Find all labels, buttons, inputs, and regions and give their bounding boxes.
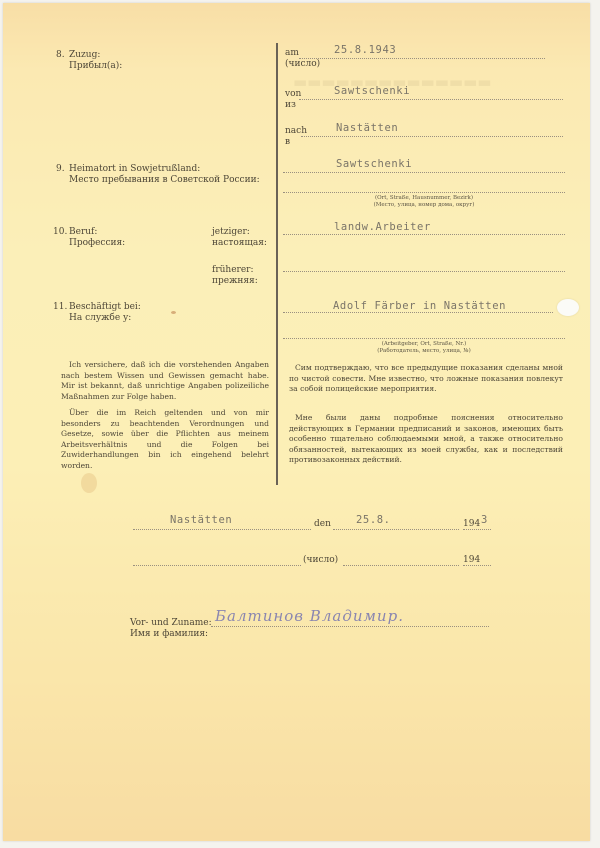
- arrival-from-line: [299, 99, 563, 100]
- field-10-current-label-ru: настоящая:: [212, 238, 267, 249]
- hometown-value[interactable]: Sawtschenki: [336, 158, 412, 170]
- field-10-current-label-de: jetziger:: [212, 227, 250, 238]
- field-8-label-de: Zuzug:: [69, 50, 100, 61]
- field-11-label-ru: На службе у:: [69, 313, 131, 324]
- arrival-to-line: [301, 136, 563, 137]
- arrival-from-value[interactable]: Sawtschenki: [334, 85, 410, 97]
- place-line: [133, 529, 311, 530]
- paper-stain: [171, 311, 176, 314]
- form-page: ▬▬▬▬▬▬▬▬▬▬▬▬▬▬ 8. Zuzug: Прибыл(а): 9. H…: [3, 3, 590, 841]
- profession-current-value[interactable]: landw.Arbeiter: [334, 221, 431, 233]
- field-8-number: 8.: [56, 50, 65, 61]
- arrival-date-value[interactable]: 25.8.1943: [334, 44, 396, 56]
- year-line-ru: [463, 565, 491, 566]
- employer-value[interactable]: Adolf Färber in Nastätten: [333, 300, 506, 312]
- employer-line-1: [283, 312, 553, 313]
- year-line-de: [463, 529, 491, 530]
- field-11-number: 11.: [53, 302, 67, 313]
- employer-caption-ru: (Работодатель, место, улица, №): [283, 348, 565, 355]
- field-9-label-de: Heimatort in Sowjetrußland:: [69, 164, 200, 175]
- declaration-de-1: Ich versichere, daß ich die vorstehenden…: [61, 360, 269, 402]
- field-9-label-ru: Место пребывания в Советской России:: [69, 175, 260, 186]
- date-line-ru: [343, 565, 459, 566]
- declaration-ru-1: Сим подтверждаю, что все предыдущие пока…: [289, 363, 563, 395]
- date-label-ru: (число): [303, 555, 338, 566]
- date-line: [333, 529, 459, 530]
- hometown-line-2: [283, 192, 565, 193]
- name-label-ru: Имя и фамилия:: [130, 629, 208, 640]
- date-label-de: den: [314, 519, 331, 530]
- name-line: [211, 626, 489, 627]
- field-10-former-label-ru: прежняя:: [212, 276, 258, 287]
- punch-hole: [557, 299, 579, 316]
- employer-line-2: [283, 338, 565, 339]
- field-11-label-de: Beschäftigt bei:: [69, 302, 141, 313]
- declaration-ru-2: Мне были даны подробные пояснения относи…: [289, 413, 563, 466]
- field-8-label-ru: Прибыл(а):: [69, 61, 122, 72]
- arrival-date-label-ru: (число): [285, 59, 320, 70]
- place-line-ru: [133, 565, 301, 566]
- arrival-to-value[interactable]: Nastätten: [336, 122, 398, 134]
- field-9-number: 9.: [56, 164, 65, 175]
- date-value[interactable]: 25.8.: [356, 514, 391, 526]
- profession-current-line: [283, 234, 565, 235]
- employer-caption-de: (Arbeitgeber, Ort, Straße, Nr.): [283, 341, 565, 348]
- column-divider: [276, 43, 278, 485]
- paper-stain: [81, 473, 97, 493]
- hometown-caption-ru: (Место, улица, номер дома, округ): [283, 202, 565, 209]
- hometown-caption-de: (Ort, Straße, Hausnummer, Bezirk): [283, 195, 565, 202]
- arrival-to-label-ru: в: [285, 137, 290, 148]
- name-value-handwritten[interactable]: Балтинов Владимир.: [215, 607, 404, 625]
- field-10-former-label-de: früherer:: [212, 265, 254, 276]
- arrival-from-label-ru: из: [285, 100, 296, 111]
- year-suffix-value[interactable]: 3: [481, 514, 488, 526]
- place-value[interactable]: Nastätten: [170, 514, 232, 526]
- field-10-number: 10.: [53, 227, 67, 238]
- arrival-date-label-de: am: [285, 48, 299, 59]
- arrival-date-line: [299, 58, 545, 59]
- hometown-line-1: [283, 172, 565, 173]
- field-10-label-de: Beruf:: [69, 227, 97, 238]
- name-label-de: Vor- und Zuname:: [130, 618, 212, 629]
- declaration-de-2: Über die im Reich geltenden und von mir …: [61, 408, 269, 472]
- profession-former-line: [283, 271, 565, 272]
- field-10-label-ru: Профессия:: [69, 238, 125, 249]
